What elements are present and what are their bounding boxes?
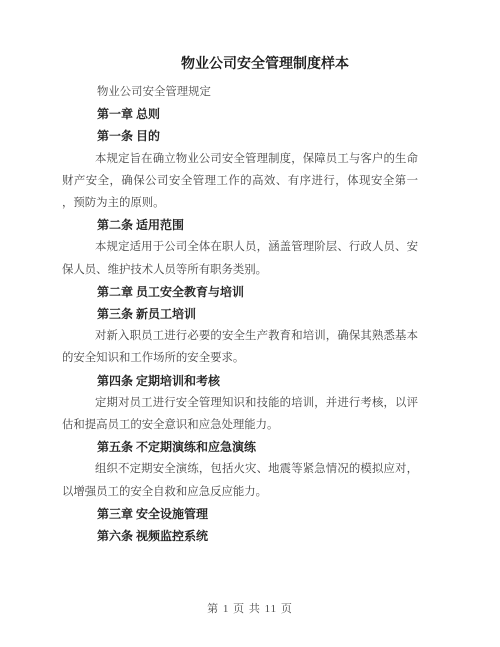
article-1-heading: 第一条 目的 — [62, 125, 418, 147]
article-5-paragraph-line-1: 组织不定期安全演练，包括火灾、地震等紧急情况的模拟应对， — [62, 458, 418, 480]
article-2-heading: 第二条 适用范围 — [62, 214, 418, 236]
article-3-paragraph-line-2: 的安全知识和工作场所的安全要求。 — [62, 347, 418, 369]
document-content: 物业公司安全管理制度样本 物业公司安全管理规定 第一章 总则 第一条 目的 本规… — [0, 0, 500, 547]
document-title: 物业公司安全管理制度样本 — [87, 54, 443, 76]
chapter-2-heading: 第二章 员工安全教育与培训 — [62, 281, 418, 303]
article-3-heading: 第三条 新员工培训 — [62, 303, 418, 325]
article-2-paragraph-line-2: 保人员、维护技术人员等所有职务类别。 — [62, 259, 418, 281]
chapter-3-heading: 第三章 安全设施管理 — [62, 503, 418, 525]
article-1-paragraph-line-2: 财产安全，确保公司安全管理工作的高效、有序进行，体现安全第一 — [62, 170, 418, 192]
article-5-heading: 第五条 不定期演练和应急演练 — [62, 436, 418, 458]
page-number-footer: 第 1 页 共 11 页 — [0, 601, 500, 617]
article-4-paragraph-line-1: 定期对员工进行安全管理知识和技能的培训，并进行考核，以评 — [62, 392, 418, 414]
article-3-paragraph-line-1: 对新入职员工进行必要的安全生产教育和培训，确保其熟悉基本 — [62, 325, 418, 347]
chapter-1-heading: 第一章 总则 — [62, 103, 418, 125]
article-4-heading: 第四条 定期培训和考核 — [62, 370, 418, 392]
article-6-heading: 第六条 视频监控系统 — [62, 525, 418, 547]
document-page: 物业公司安全管理制度样本 物业公司安全管理规定 第一章 总则 第一条 目的 本规… — [0, 0, 500, 647]
article-5-paragraph-line-2: 以增强员工的安全自救和应急反应能力。 — [62, 481, 418, 503]
doc-subtitle: 物业公司安全管理规定 — [62, 81, 418, 103]
article-1-paragraph-line-3: ，预防为主的原则。 — [62, 192, 418, 214]
article-4-paragraph-line-2: 估和提高员工的安全意识和应急处理能力。 — [62, 414, 418, 436]
article-2-paragraph-line-1: 本规定适用于公司全体在职人员，涵盖管理阶层、行政人员、安 — [62, 236, 418, 258]
article-1-paragraph-line-1: 本规定旨在确立物业公司安全管理制度，保障员工与客户的生命 — [62, 148, 418, 170]
